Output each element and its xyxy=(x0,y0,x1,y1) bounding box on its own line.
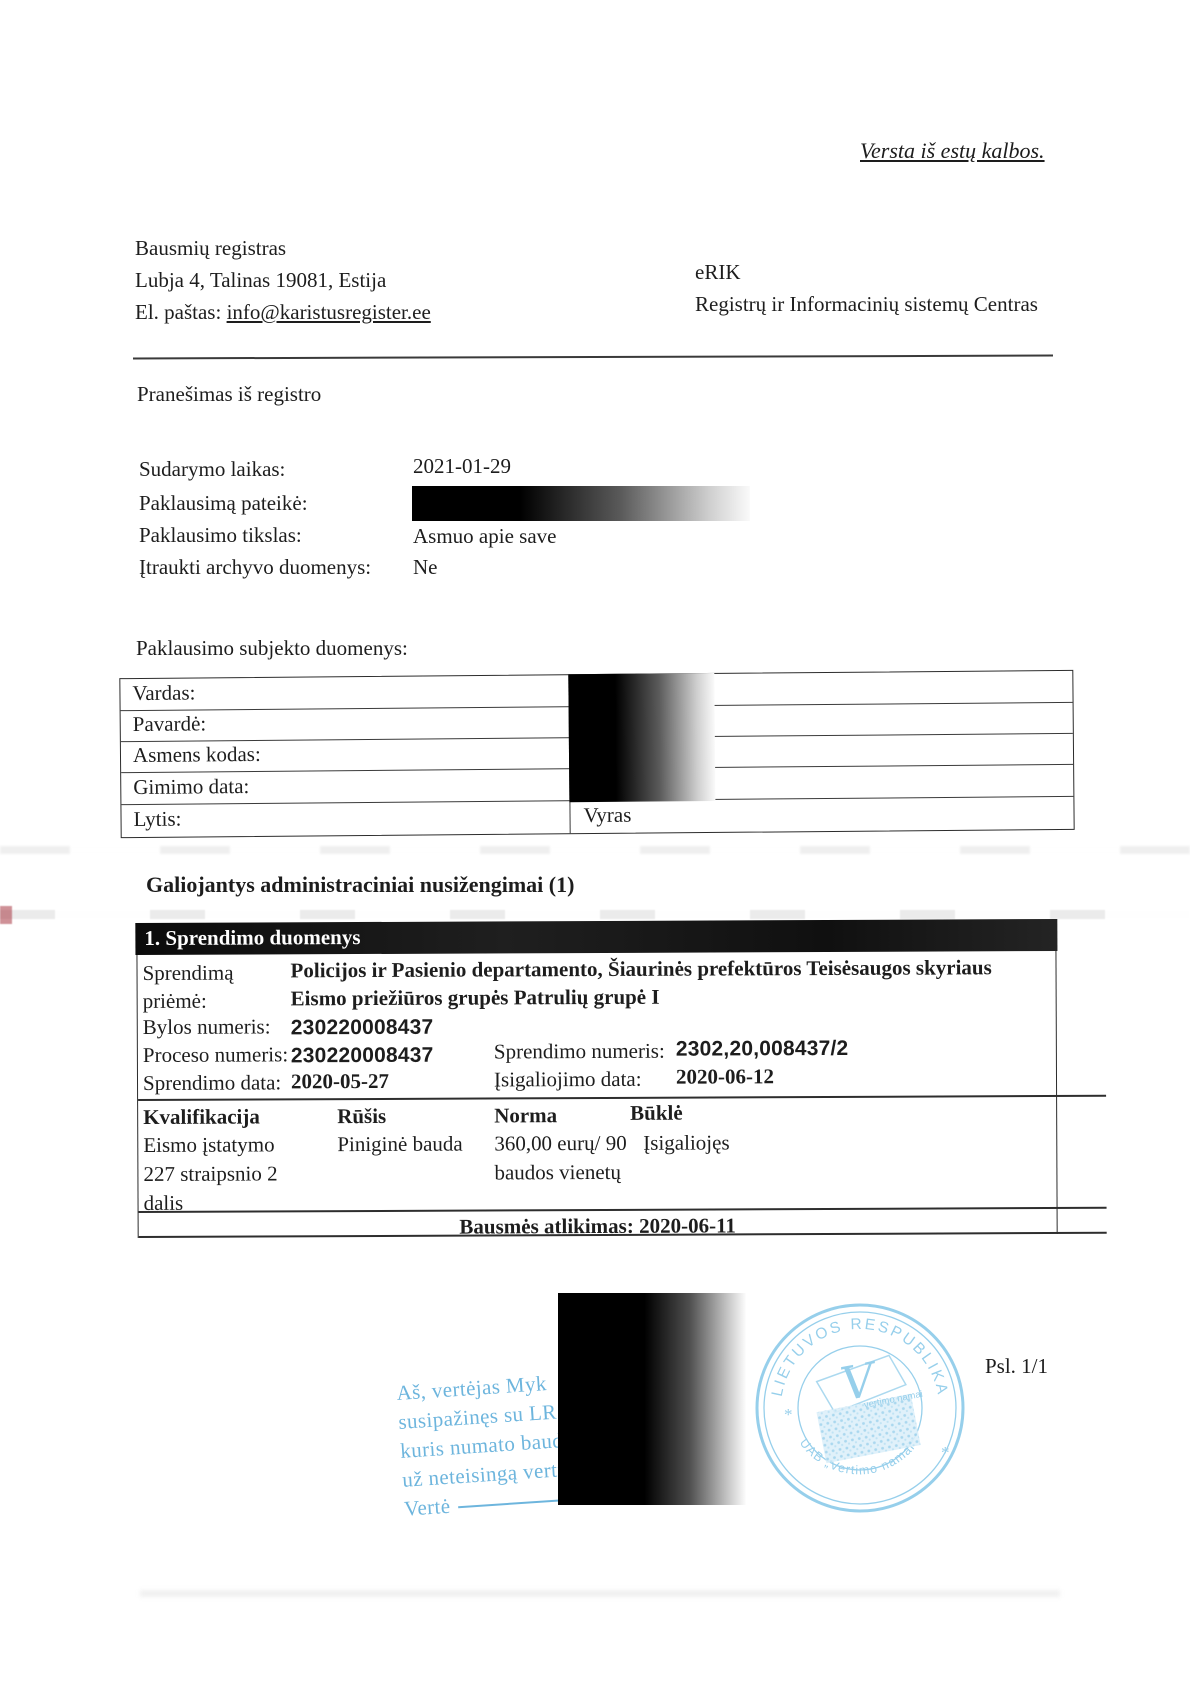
effective-date-label: Įsigaliojimo data: xyxy=(494,1067,642,1093)
process-number-label: Proceso numeris: xyxy=(143,1042,288,1068)
case-number-label: Bylos numeris: xyxy=(143,1014,271,1040)
qualification: 227 straipsnio 2 xyxy=(143,1161,277,1187)
column-header: Rūšis xyxy=(337,1104,386,1129)
effective-date: 2020-06-12 xyxy=(676,1064,774,1089)
row-label: Gimimo data: xyxy=(133,774,249,800)
decision-table-header: 1. Sprendimo duomenys xyxy=(135,919,1057,955)
scan-artifact xyxy=(0,906,12,924)
redaction-block xyxy=(558,1293,746,1505)
scan-artifact xyxy=(0,910,1190,919)
decision-date: 2020-05-27 xyxy=(291,1069,389,1094)
column-header: Būklė xyxy=(630,1101,683,1126)
scan-artifact xyxy=(140,1590,1060,1597)
field-label: Įtraukti archyvo duomenys: xyxy=(139,553,371,581)
issuer-value: Policijos ir Pasienio departamento, Šiau… xyxy=(290,955,991,983)
stamp-asterisk-left: * xyxy=(784,1405,793,1424)
issuer-label: Sprendimą xyxy=(142,961,233,986)
column-header: Norma xyxy=(494,1103,557,1128)
translator-stamp: LIETUVOS RESPUBLIKA UAB „Vertimo namai“ … xyxy=(748,1296,972,1520)
table-line xyxy=(138,1095,1106,1101)
subject-title: Paklausimo subjekto duomenys: xyxy=(136,634,408,662)
decision-number-label: Sprendimo numeris: xyxy=(494,1039,665,1065)
penalty-type: Piniginė bauda xyxy=(337,1132,463,1158)
subject-table: Vardas: Pavardė: Asmens kodas: Gimimo da… xyxy=(119,670,1074,838)
issuer-label: priėmė: xyxy=(143,989,207,1014)
norm: 360,00 eurų/ 90 xyxy=(494,1131,627,1157)
process-number: 230220008437 xyxy=(291,1044,434,1069)
sender-org: Bausmių registras xyxy=(135,232,431,264)
sender-address: Lubja 4, Talinas 19081, Estija xyxy=(135,264,431,296)
decision-table: 1. Sprendimo duomenys Sprendimą priėmė: … xyxy=(136,919,1057,1238)
report-title: Pranešimas iš registro xyxy=(137,380,321,408)
field-label: Paklausimo tikslas: xyxy=(139,521,302,549)
sender-email-line: El. paštas: info@karistusregister.ee xyxy=(135,296,431,328)
case-number: 230220008437 xyxy=(291,1016,434,1041)
row-label: Lytis: xyxy=(133,807,181,832)
redaction-block xyxy=(568,673,715,802)
stamp-asterisk-right: * xyxy=(941,1443,950,1462)
decision-number: 2302,20,008437/2 xyxy=(676,1037,849,1062)
qualification: Eismo įstatymo xyxy=(143,1132,274,1158)
row-value: Vyras xyxy=(583,803,631,828)
email-address: info@karistusregister.ee xyxy=(227,300,431,324)
field-value: Asmuo apie save xyxy=(413,522,556,550)
field-value: Ne xyxy=(413,553,438,581)
scanned-document-page: Versta iš estų kalbos. Bausmių registras… xyxy=(0,0,1190,1684)
status: Įsigaliojęs xyxy=(643,1130,729,1155)
recipient-center: Registrų ir Informacinių sistemų Centras xyxy=(695,288,1038,320)
decision-date-label: Sprendimo data: xyxy=(143,1070,281,1096)
field-label: Sudarymo laikas: xyxy=(139,455,285,483)
scan-artifact xyxy=(0,846,1190,854)
column-header: Kvalifikacija xyxy=(143,1104,260,1130)
recipient-block: eRIK Registrų ir Informacinių sistemų Ce… xyxy=(695,256,1038,320)
issuer-value: Eismo priežiūros grupės Patrulių grupė I xyxy=(291,985,660,1012)
email-label: El. paštas: xyxy=(135,300,227,324)
field-label: Paklausimą pateikė: xyxy=(139,489,308,517)
field-value: 2021-01-29 xyxy=(413,452,511,480)
norm: baudos vienetų xyxy=(494,1160,621,1186)
row-label: Vardas: xyxy=(132,681,195,707)
row-label: Pavardė: xyxy=(133,711,207,737)
page-number: Psl. 1/1 xyxy=(985,1352,1048,1380)
recipient-system: eRIK xyxy=(695,256,1038,288)
translation-note: Versta iš estų kalbos. xyxy=(860,138,1045,164)
redaction-bar xyxy=(412,486,750,521)
header-divider xyxy=(133,355,1053,360)
violations-title: Galiojantys administraciniai nusižengima… xyxy=(146,872,574,898)
sender-block: Bausmių registras Lubja 4, Talinas 19081… xyxy=(135,232,431,328)
signature-label: Vertė xyxy=(403,1494,451,1521)
row-label: Asmens kodas: xyxy=(133,742,261,768)
